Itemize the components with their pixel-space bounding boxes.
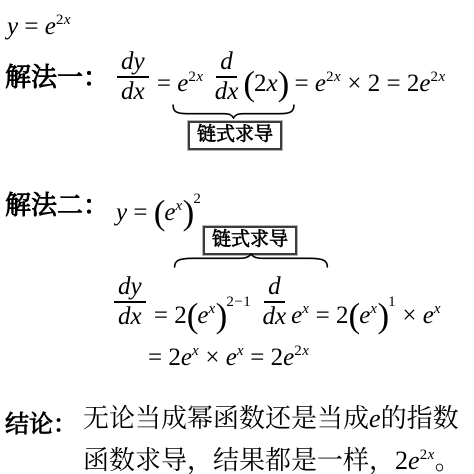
method2-derivation-equation: dydx = 2(ex)2−1 ddxex = 2(ex)1 × ex	[112, 273, 441, 331]
method2-result-equation: = 2ex × ex = 2e2x	[148, 328, 309, 374]
underbrace	[171, 104, 296, 119]
method2-setup-equation: y = (ex)2	[116, 176, 201, 222]
given-equation: y = e2x	[7, 2, 71, 38]
conclusion-line2: 函数求导，结果都是一样，2e2x。	[83, 437, 461, 473]
conclusion-label: 结论：	[5, 404, 77, 439]
method1-equation: dydx = e2x ddx(2x) = e2x × 2 = 2e2x	[115, 48, 446, 106]
method2-label: 解法二：	[5, 185, 109, 222]
chain-rule-box-method1: 链式求导	[188, 121, 282, 150]
math-notes-page: { "colors": { "text": "#000000", "backgr…	[0, 0, 474, 474]
chain-rule-box-method2: 链式求导	[203, 226, 297, 255]
conclusion-line1: 无论当成幂函数还是当成e的指数	[83, 401, 459, 437]
overbrace	[172, 253, 330, 268]
method1-label: 解法一：	[5, 57, 109, 94]
